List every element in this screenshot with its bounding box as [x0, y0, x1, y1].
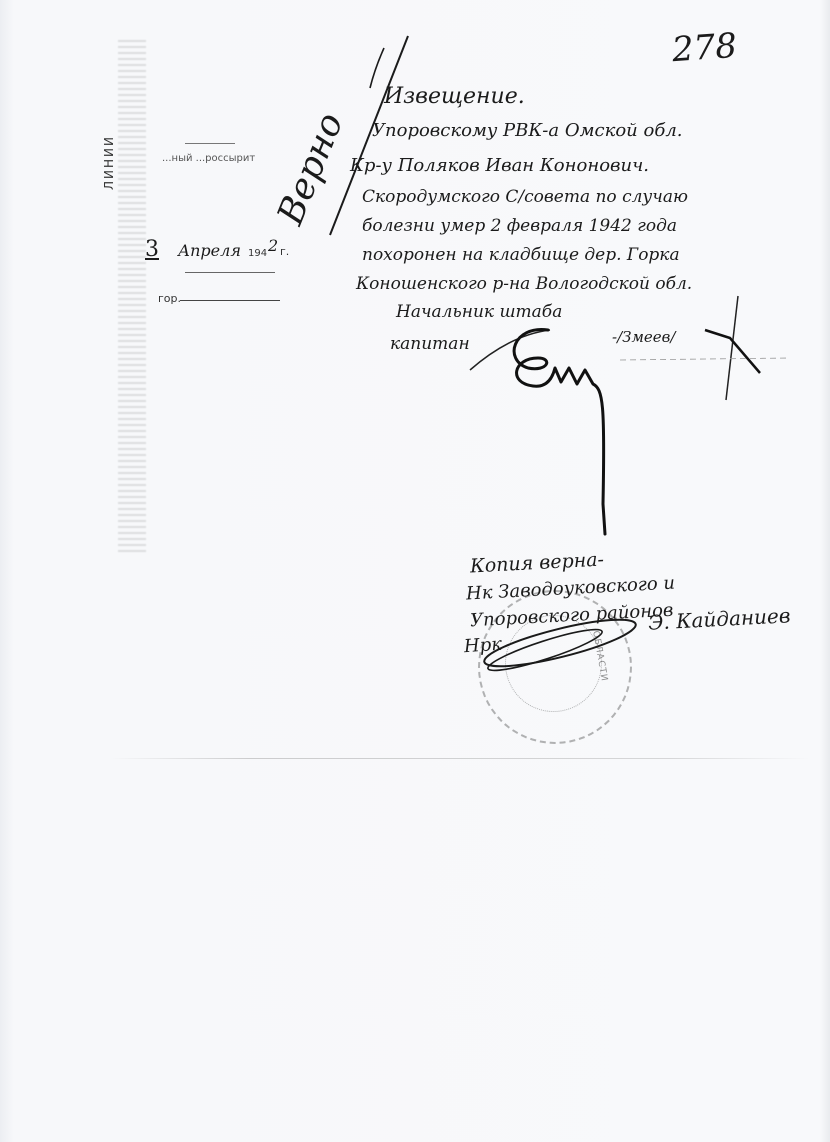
paper-fold-line	[110, 758, 810, 759]
document-page: 278 ЛИНИИ ...ный ...россырит 3 Апреля 19…	[0, 0, 830, 1142]
certification-signature-scribble-icon	[0, 0, 830, 1142]
